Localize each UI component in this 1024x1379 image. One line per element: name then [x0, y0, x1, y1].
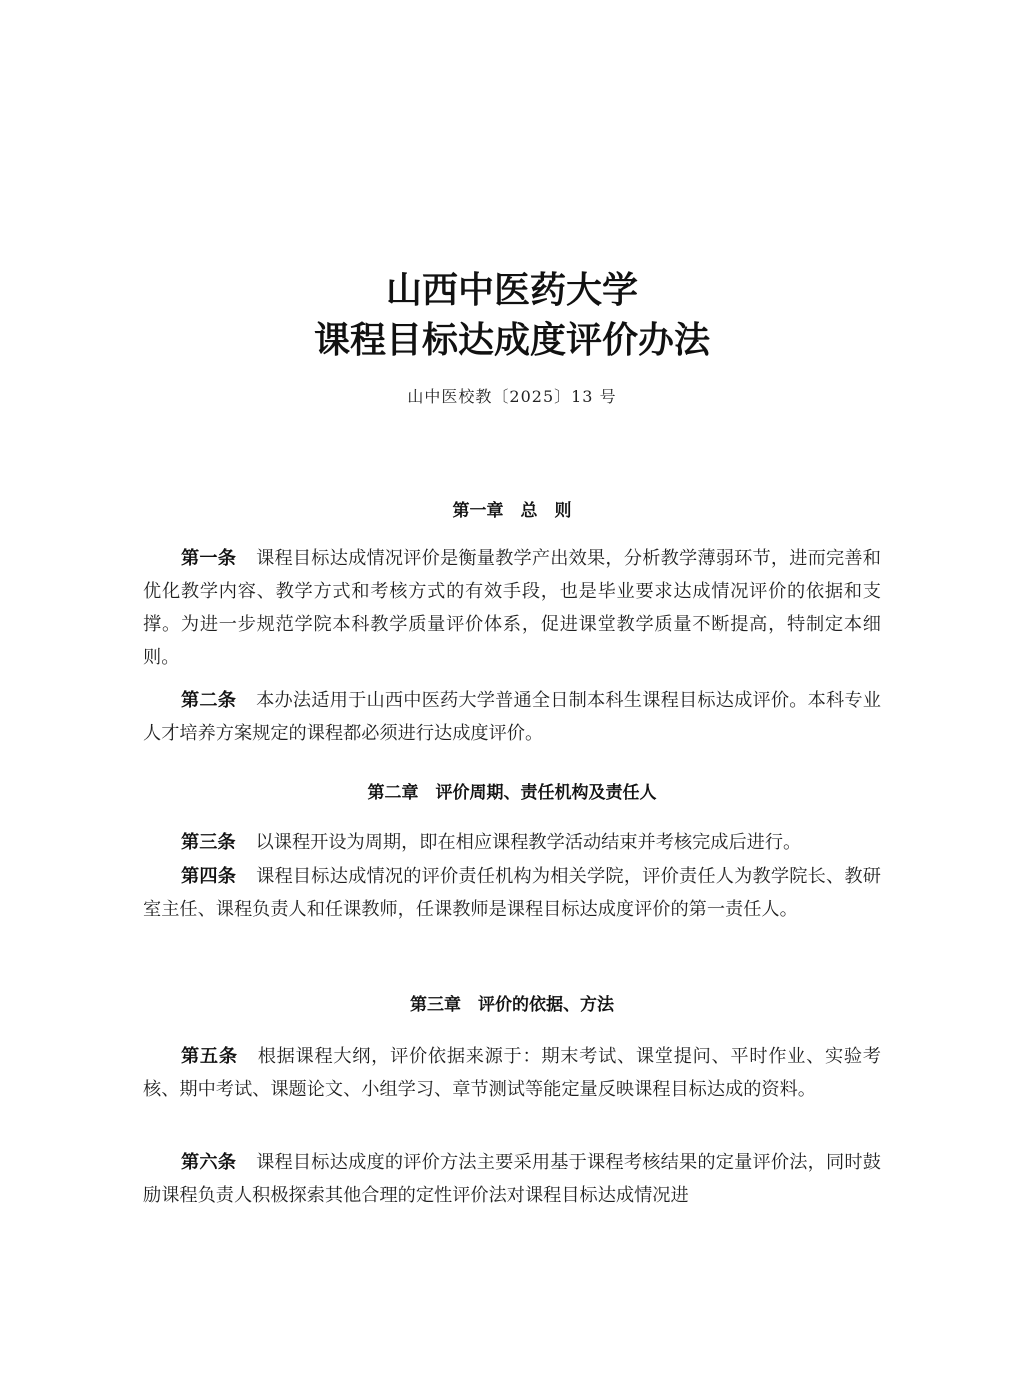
- article-label: 第五条: [181, 1046, 238, 1067]
- article-text: 以课程开设为周期，即在相应课程教学活动结束并考核完成后进行。: [256, 832, 802, 853]
- chapter-3-heading: 第三章 评价的依据、方法: [0, 990, 1024, 1015]
- article-label: 第六条: [181, 1152, 236, 1173]
- article-text: 课程目标达成情况评价是衡量教学产出效果，分析教学薄弱环节，进而完善和优化教学内容…: [143, 548, 881, 668]
- chapter-1-heading: 第一章 总 则: [0, 496, 1024, 521]
- article-1: 第一条课程目标达成情况评价是衡量教学产出效果，分析教学薄弱环节，进而完善和优化教…: [143, 542, 881, 674]
- article-4: 第四条课程目标达成情况的评价责任机构为相关学院，评价责任人为教学院长、教研室主任…: [143, 860, 881, 926]
- article-label: 第一条: [181, 548, 236, 569]
- article-6: 第六条课程目标达成度的评价方法主要采用基于课程考核结果的定量评价法，同时鼓励课程…: [143, 1146, 881, 1212]
- article-5: 第五条根据课程大纲，评价依据来源于：期末考试、课堂提问、平时作业、实验考核、期中…: [143, 1040, 881, 1106]
- article-label: 第三条: [181, 832, 236, 853]
- article-text: 课程目标达成度的评价方法主要采用基于课程考核结果的定量评价法，同时鼓励课程负责人…: [143, 1152, 881, 1206]
- article-text: 本办法适用于山西中医药大学普通全日制本科生课程目标达成评价。本科专业人才培养方案…: [143, 690, 881, 744]
- article-2: 第二条本办法适用于山西中医药大学普通全日制本科生课程目标达成评价。本科专业人才培…: [143, 684, 881, 750]
- document-number: 山中医校教〔2025〕13 号: [0, 384, 1024, 407]
- chapter-2-heading: 第二章 评价周期、责任机构及责任人: [0, 778, 1024, 803]
- article-text: 课程目标达成情况的评价责任机构为相关学院，评价责任人为教学院长、教研室主任、课程…: [143, 866, 881, 920]
- document-title-line1: 山西中医药大学: [0, 262, 1024, 313]
- article-text: 根据课程大纲，评价依据来源于：期末考试、课堂提问、平时作业、实验考核、期中考试、…: [143, 1046, 881, 1100]
- document-title-line2: 课程目标达成度评价办法: [0, 312, 1024, 363]
- article-label: 第四条: [181, 866, 236, 887]
- article-label: 第二条: [181, 690, 236, 711]
- article-3: 第三条以课程开设为周期，即在相应课程教学活动结束并考核完成后进行。: [143, 826, 881, 859]
